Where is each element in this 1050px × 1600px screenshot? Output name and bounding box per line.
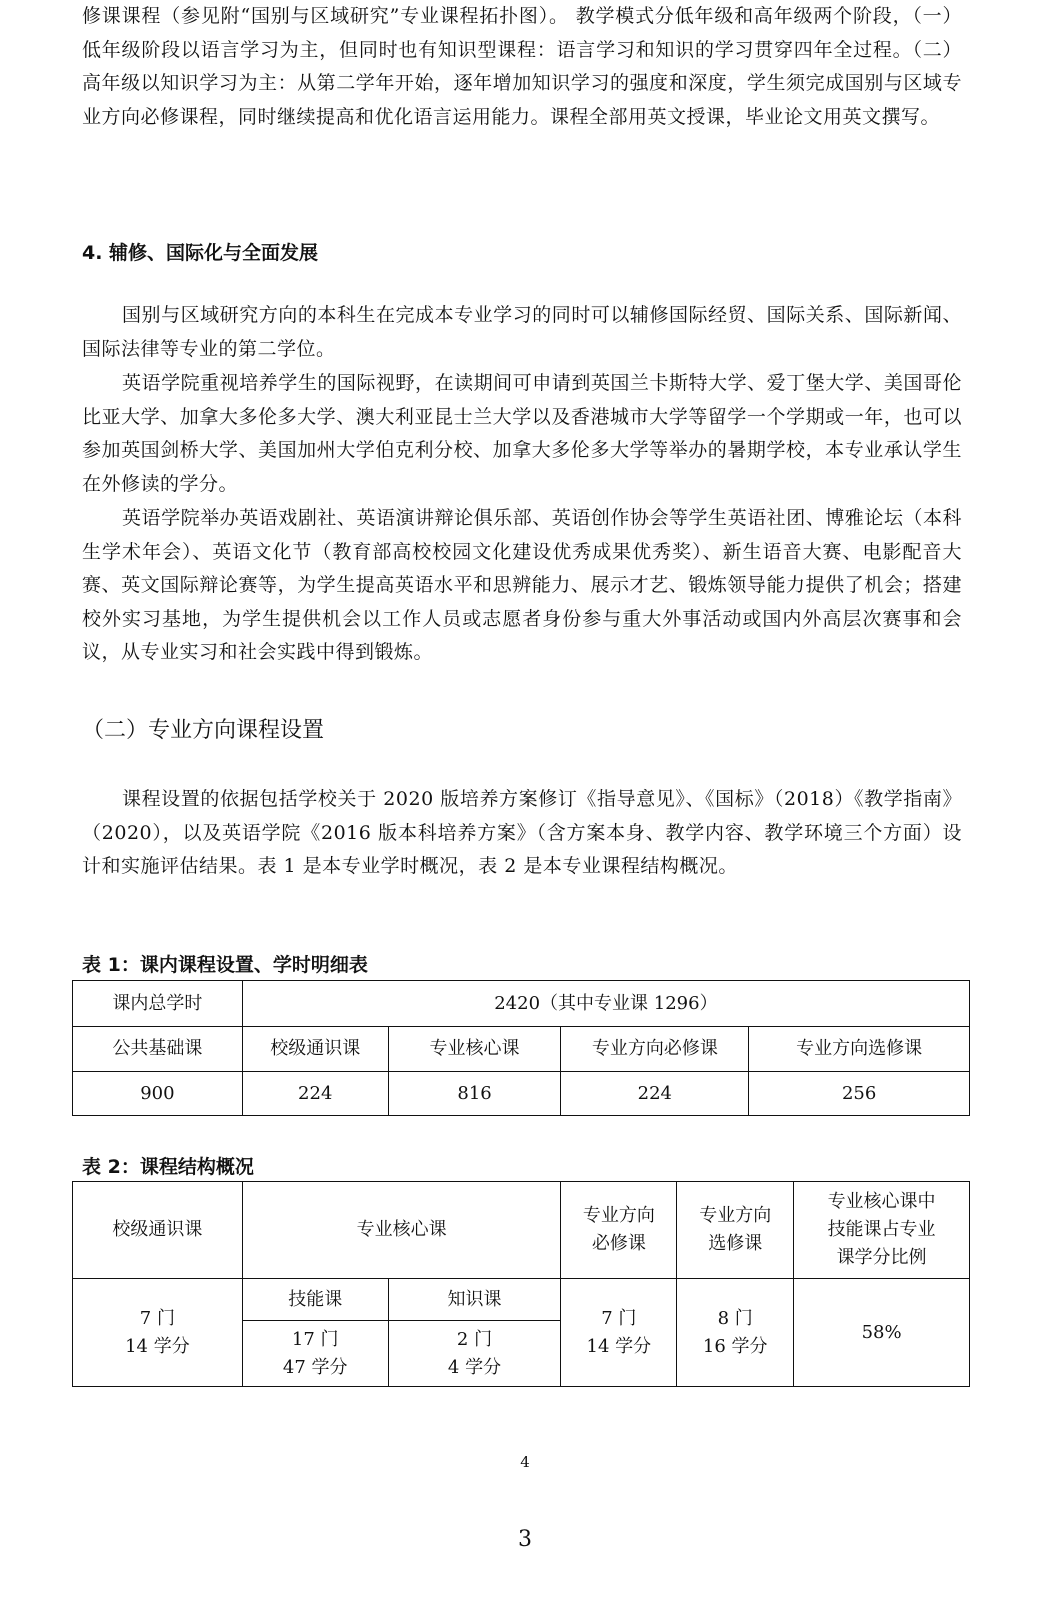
table2: 校级通识课 专业核心课 专业方向 必修课 专业方向 选修课 专业核心课中 技能课… bbox=[72, 1181, 970, 1387]
table2-header-ratio: 专业核心课中 技能课占专业 课学分比例 bbox=[794, 1182, 970, 1279]
table1: 课内总学时 2420（其中专业课 1296） 公共基础课 校级通识课 专业核心课… bbox=[72, 980, 970, 1116]
table2-caption: 表 2：课程结构概况 bbox=[82, 1152, 254, 1179]
table2-header-general: 校级通识课 bbox=[73, 1182, 243, 1279]
table2-value-required: 7 门 14 学分 bbox=[561, 1279, 677, 1387]
table2-header-core: 专业核心课 bbox=[242, 1182, 561, 1279]
table1-header: 专业方向必修课 bbox=[561, 1027, 749, 1072]
line: 技能课占专业 bbox=[794, 1216, 969, 1244]
line: 专业方向 bbox=[677, 1202, 793, 1230]
table1-header: 专业核心课 bbox=[388, 1027, 561, 1072]
table2-header-required: 专业方向 必修课 bbox=[561, 1182, 677, 1279]
line: 必修课 bbox=[561, 1230, 676, 1258]
line: 17 门 bbox=[243, 1326, 388, 1354]
line: 16 学分 bbox=[677, 1333, 793, 1361]
intro-paragraph: 修课课程（参见附“国别与区域研究”专业课程拓扑图）。 教学模式分低年级和高年级两… bbox=[82, 0, 962, 134]
table1-total-value: 2420（其中专业课 1296） bbox=[242, 981, 969, 1027]
line: 4 学分 bbox=[389, 1354, 561, 1382]
section-b-heading: （二）专业方向课程设置 bbox=[82, 713, 324, 744]
line: 8 门 bbox=[677, 1305, 793, 1333]
table1-value: 816 bbox=[388, 1072, 561, 1116]
table2-value-elective: 8 门 16 学分 bbox=[677, 1279, 794, 1387]
paragraph-course-basis: 课程设置的依据包括学校关于 2020 版培养方案修订《指导意见》、《国标》（20… bbox=[82, 783, 962, 884]
table1-total-label: 课内总学时 bbox=[73, 981, 243, 1027]
line: 14 学分 bbox=[561, 1333, 676, 1361]
table2-subheader-knowledge: 知识课 bbox=[388, 1279, 561, 1321]
line: 7 门 bbox=[561, 1305, 676, 1333]
table2-value-ratio: 58% bbox=[794, 1279, 970, 1387]
line: 选修课 bbox=[677, 1230, 793, 1258]
table1-value: 900 bbox=[73, 1072, 243, 1116]
paragraph-minor-degree: 国别与区域研究方向的本科生在完成本专业学习的同时可以辅修国际经贸、国际关系、国际… bbox=[82, 299, 962, 366]
table1-value: 224 bbox=[561, 1072, 749, 1116]
table1-header: 校级通识课 bbox=[242, 1027, 388, 1072]
table2-subheader-skill: 技能课 bbox=[242, 1279, 388, 1321]
table2-value-skill: 17 门 47 学分 bbox=[242, 1321, 388, 1387]
outer-page-number: 3 bbox=[0, 1527, 1050, 1552]
inner-page-number: 4 bbox=[0, 1453, 1050, 1471]
line: 14 学分 bbox=[73, 1333, 242, 1361]
line: 专业方向 bbox=[561, 1202, 676, 1230]
table1-header: 公共基础课 bbox=[73, 1027, 243, 1072]
line: 课学分比例 bbox=[794, 1244, 969, 1272]
table1-value: 224 bbox=[242, 1072, 388, 1116]
table1-header: 专业方向选修课 bbox=[749, 1027, 970, 1072]
paragraph-international: 英语学院重视培养学生的国际视野，在读期间可申请到英国兰卡斯特大学、爱丁堡大学、美… bbox=[82, 367, 962, 501]
table2-header-elective: 专业方向 选修课 bbox=[677, 1182, 794, 1279]
table1-caption: 表 1：课内课程设置、学时明细表 bbox=[82, 950, 368, 977]
table1-value: 256 bbox=[749, 1072, 970, 1116]
line: 7 门 bbox=[73, 1305, 242, 1333]
section-4-heading: 4. 辅修、国际化与全面发展 bbox=[82, 238, 318, 265]
table2-value-knowledge: 2 门 4 学分 bbox=[388, 1321, 561, 1387]
line: 47 学分 bbox=[243, 1354, 388, 1382]
line: 2 门 bbox=[389, 1326, 561, 1354]
table2-value-general: 7 门 14 学分 bbox=[73, 1279, 243, 1387]
line: 专业核心课中 bbox=[794, 1188, 969, 1216]
paragraph-activities: 英语学院举办英语戏剧社、英语演讲辩论俱乐部、英语创作协会等学生英语社团、博雅论坛… bbox=[82, 502, 962, 670]
